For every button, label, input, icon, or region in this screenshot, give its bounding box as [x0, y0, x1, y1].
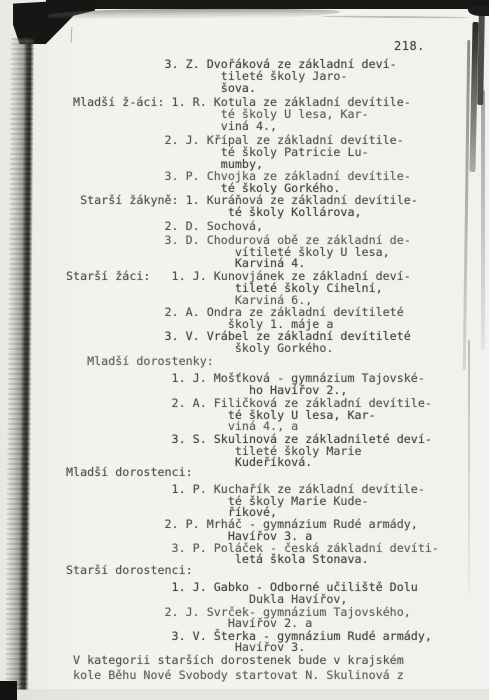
text-line: Havířov 2. a: [66, 617, 312, 629]
text-line: V kategorii starších dorostenek bude v k…: [66, 654, 404, 666]
text-line: kole Běhu Nové Svobody startovat N. Skul…: [66, 669, 404, 681]
text-line: Karviná 4.: [66, 257, 305, 269]
text-line: školy Gorkého.: [66, 342, 333, 354]
text-line: Starší dorostenci:: [66, 564, 193, 576]
text-line: viná 4., a: [66, 420, 298, 432]
text-line: Mladší dorostenky:: [66, 355, 214, 367]
text-line: 2. D. Sochová,: [66, 220, 263, 232]
text-line: Havířov 3.: [66, 641, 305, 653]
text-line: Mladší dorostenci:: [66, 466, 193, 478]
text-line: šova.: [66, 82, 256, 94]
typewritten-text: 3. Z. Dvořáková ze základní deví- tileté…: [0, 0, 489, 700]
text-line: ho Havířov 2.,: [66, 384, 347, 396]
scanned-page: 218. 3. Z. Dvořáková ze základní deví- t…: [0, 0, 489, 700]
text-line: viná 4.,: [66, 120, 277, 132]
text-line: Dukla Havířov,: [66, 593, 347, 605]
text-line: té školy Kollárova,: [66, 206, 362, 218]
